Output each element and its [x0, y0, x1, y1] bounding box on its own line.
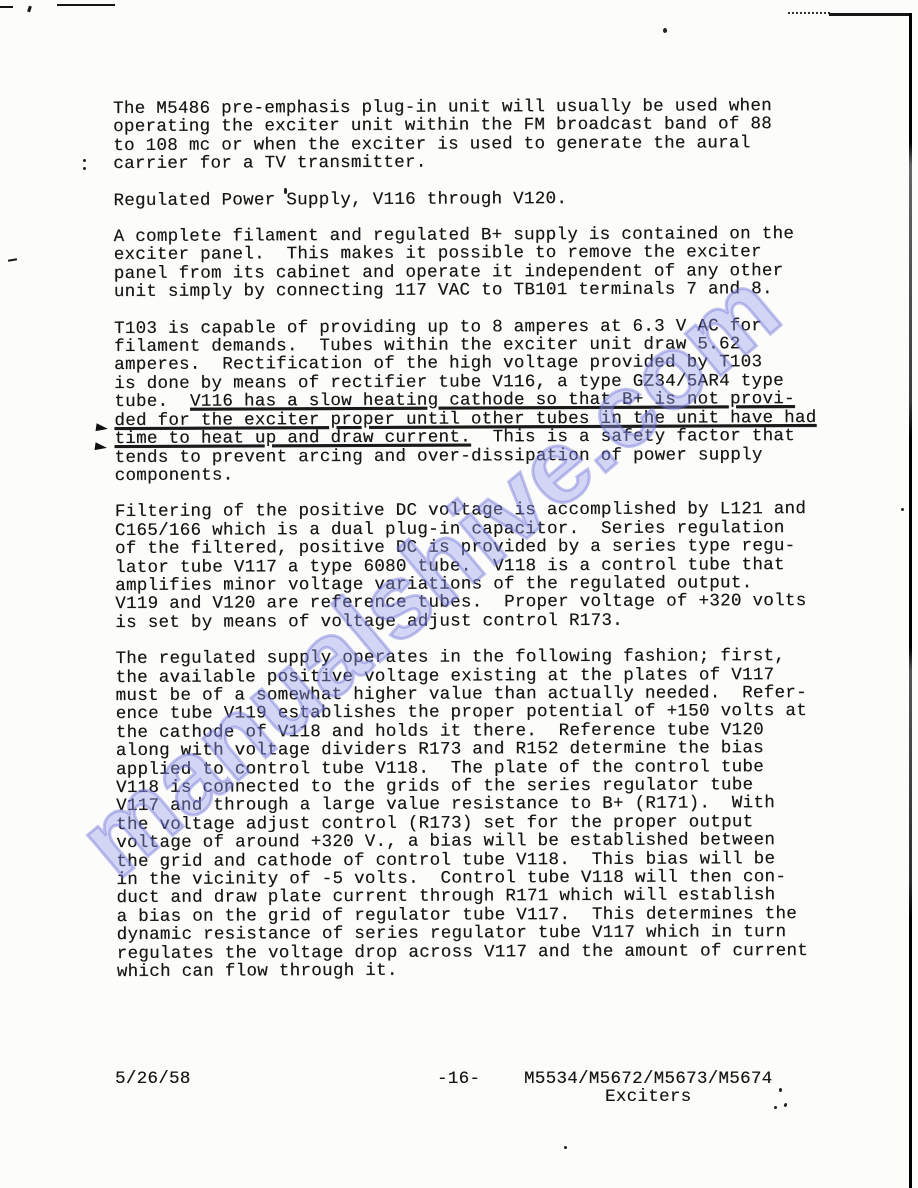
footer-models-line1: M5534/M5672/M5673/M5674	[524, 1069, 772, 1089]
footer-date: 5/26/58	[115, 1070, 191, 1088]
scan-colon-mark-top	[83, 159, 86, 162]
pen-arrow-icon-1	[96, 423, 109, 433]
scan-colon-mark-bottom	[83, 167, 86, 170]
scan-mark-topright-solid-line	[829, 13, 910, 16]
scan-mark-topleft-tick	[27, 6, 32, 13]
footer-models-line2: Exciters	[605, 1087, 691, 1107]
scan-dot-footer-1	[779, 1088, 782, 1092]
pen-arrow-icon-2	[95, 442, 108, 452]
paragraph-regulation: The regulated supply operates in the fol…	[115, 647, 840, 981]
scan-dot-footer-2	[774, 1106, 777, 1109]
scanned-manual-page: manualshive.com The M5486 pre-emphasis p…	[0, 0, 918, 1188]
scan-dash-left-margin	[8, 258, 17, 262]
scan-mark-topleft-dash-1	[0, 6, 13, 8]
scan-mark-topleft-dash-2	[57, 4, 115, 6]
footer-models: M5534/M5672/M5673/M5674Exciters	[524, 1070, 772, 1107]
paragraph-power-supply: A complete filament and regulated B+ sup…	[114, 225, 838, 302]
scan-dot-top	[663, 28, 667, 33]
scan-dot-bottom-center	[564, 1146, 567, 1149]
scan-apostrophe-mark	[284, 188, 287, 194]
scan-dot-right	[901, 508, 904, 511]
scan-edge-line	[909, 13, 912, 1188]
scan-mark-topright-dotted-line	[788, 12, 830, 14]
scan-dot-footer-3	[783, 1103, 787, 1108]
section-heading: Regulated Power Supply, V116 through V12…	[113, 188, 837, 210]
footer-page-number: -16-	[437, 1070, 480, 1088]
paragraph-pre-emphasis: The M5486 pre-emphasis plug-in unit will…	[113, 97, 837, 174]
paragraph-filtering: Filtering of the positive DC voltage is …	[115, 500, 840, 632]
document-body: The M5486 pre-emphasis plug-in unit will…	[113, 97, 841, 1000]
paragraph-t103: T103 is capable of providing up to 8 amp…	[114, 316, 839, 485]
